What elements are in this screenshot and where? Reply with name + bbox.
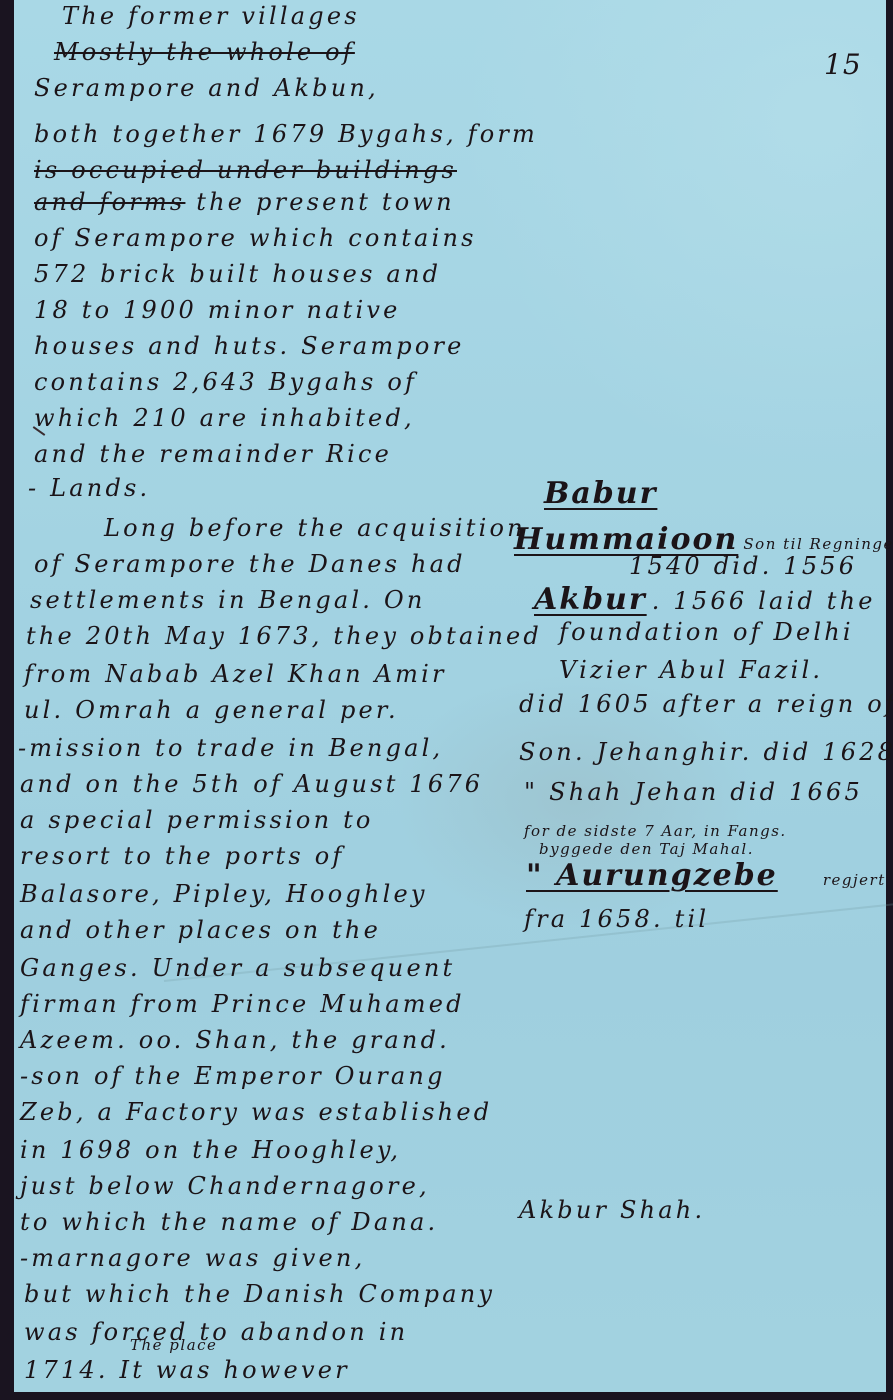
note-line: byggede den Taj Mahal. — [539, 840, 754, 858]
text-line: 572 brick built houses and — [34, 260, 441, 288]
note-line: foundation of Delhi — [559, 618, 854, 646]
note-line: " Aurungzebe regjert — [526, 858, 886, 893]
text-line: Azeem. oo. Shan, the grand. — [20, 1026, 450, 1054]
ruler-name-babur: Babur — [544, 476, 657, 511]
note-line: Vizier Abul Fazil. — [559, 656, 823, 684]
text-line: which 210 are inhabited, — [34, 404, 415, 432]
text-line: 1714. It was however — [24, 1356, 350, 1384]
text-line: ul. Omrah a general per. — [24, 696, 399, 724]
text-line: and the remainder Rice — [34, 440, 392, 468]
text-line: but which the Danish Company — [24, 1280, 495, 1308]
text-line: Zeb, a Factory was established — [20, 1098, 492, 1126]
note-line: Akbur . 1566 laid the — [534, 582, 876, 617]
text-line: resort to the ports of — [20, 842, 344, 870]
struck-text-fragment: and forms — [34, 188, 185, 216]
text-line: a special permission to — [20, 806, 374, 834]
page-number: 15 — [824, 48, 862, 81]
ruler-name-akbur: Akbur — [534, 582, 647, 617]
text-line: Serampore and Akbun, — [34, 74, 379, 102]
text-line: houses and huts. Serampore — [34, 332, 465, 360]
text-line: settlements in Bengal. On — [30, 586, 426, 614]
note-line: Son. Jehanghir. did 1628 — [519, 738, 893, 766]
interlinear-insertion: The place — [130, 1336, 217, 1354]
note-line: 1540 did. 1556 — [629, 552, 857, 580]
text-line: and forms the present town — [34, 188, 455, 216]
text-line: Balasore, Pipley, Hooghley — [20, 880, 428, 908]
note-line: fra 1658. til — [524, 905, 709, 933]
text-line: of Serampore which contains — [34, 224, 477, 252]
text-line: contains 2,643 Bygahs of — [34, 368, 417, 396]
text-line: both together 1679 Bygahs, form — [34, 120, 538, 148]
text-line: Long before the acquisition — [104, 514, 526, 542]
note-line: Akbur Shah. — [519, 1196, 705, 1224]
text-line: -marnagore was given, — [20, 1244, 365, 1272]
text-line: -son of the Emperor Ourang — [20, 1062, 446, 1090]
text-line: to which the name of Dana. — [20, 1208, 438, 1236]
note-line: " Shah Jehan did 1665 — [524, 778, 863, 806]
text-line: the 20th May 1673, they obtained — [26, 622, 542, 650]
manuscript-page: 15 The former villages Mostly the whole … — [14, 0, 886, 1392]
text-line: in 1698 on the Hooghley, — [20, 1136, 401, 1164]
text-line: of Serampore the Danes had — [34, 550, 466, 578]
note-fragment: . 1566 laid the — [652, 587, 876, 615]
text-line: -mission to trade in Bengal, — [18, 734, 443, 762]
struck-text-line: Mostly the whole of — [54, 38, 355, 66]
note-fragment: regjert — [823, 871, 886, 889]
text-fragment: the present town — [196, 188, 455, 216]
text-line: The former villages — [62, 2, 360, 30]
text-line: Ganges. Under a subsequent — [20, 954, 455, 982]
text-line: and on the 5th of August 1676 — [20, 770, 483, 798]
text-line: and other places on the — [20, 916, 381, 944]
text-line: - Lands. — [28, 474, 150, 502]
ruler-name-aurungzebe: " Aurungzebe — [526, 858, 778, 893]
text-line: firman from Prince Muhamed — [20, 990, 465, 1018]
note-line: did 1605 after a reign of 51 yrs — [519, 690, 893, 718]
text-line: 18 to 1900 minor native — [34, 296, 401, 324]
text-line: just below Chandernagore, — [20, 1172, 430, 1200]
note-fragment: Son til Regningen — [743, 535, 893, 553]
text-line: from Nabab Azel Khan Amir — [24, 660, 447, 688]
note-line: for de sidste 7 Aar, in Fangs. — [524, 822, 787, 840]
struck-text-line: is occupied under buildings — [34, 156, 457, 184]
